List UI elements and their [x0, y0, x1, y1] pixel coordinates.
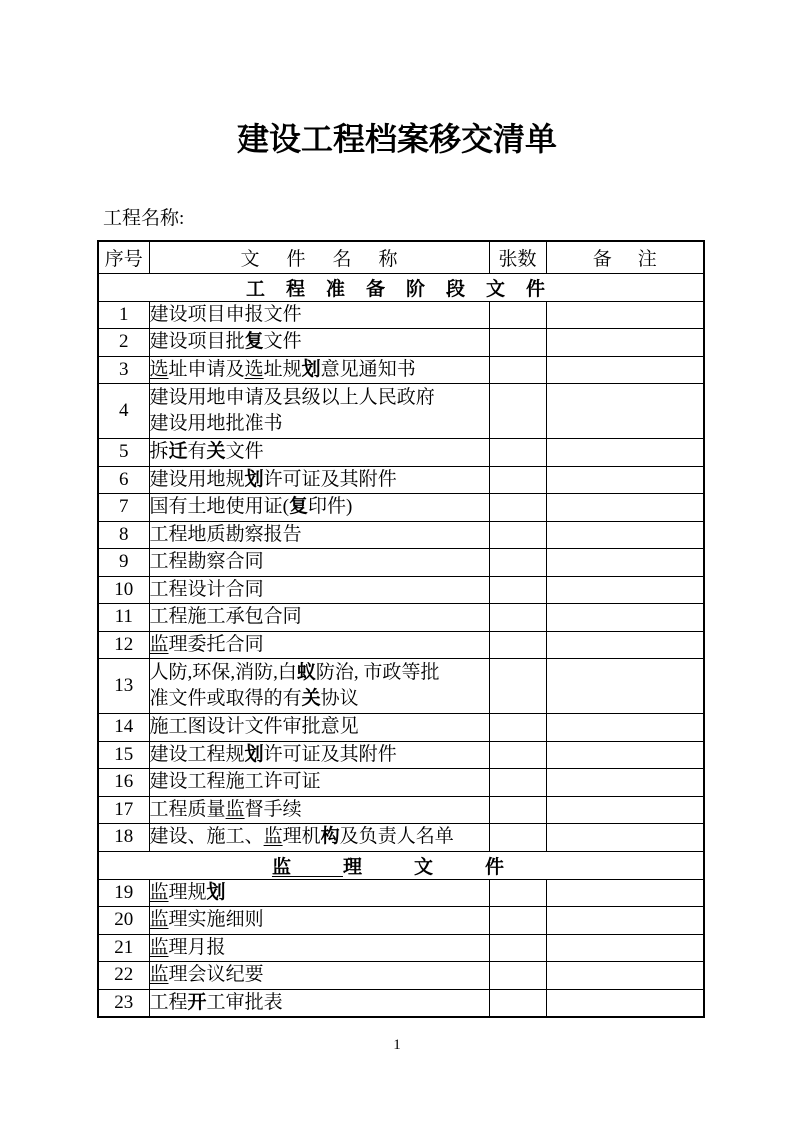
substituted-underline-char: 监 [272, 857, 343, 878]
file-name-cell: 拆迁有关文件 [149, 439, 489, 467]
substituted-underline-char: 监 [150, 909, 169, 930]
page-number: 1 [0, 1037, 794, 1054]
substituted-bold-char: 迁 [169, 441, 188, 462]
remark-cell [546, 741, 704, 769]
sheets-cell [489, 384, 546, 439]
row-number-cell: 10 [98, 576, 149, 604]
header-no: 序号 [98, 241, 149, 273]
header-sheets: 张数 [489, 241, 546, 273]
file-name-cell: 监理会议纪要 [149, 962, 489, 990]
remark-cell [546, 934, 704, 962]
table-row: 6建设用地规划许可证及其附件 [98, 466, 704, 494]
substituted-underline-char: 选 [150, 359, 169, 380]
sheets-cell [489, 604, 546, 632]
sheets-cell [489, 631, 546, 659]
row-number-cell: 5 [98, 439, 149, 467]
remark-cell [546, 329, 704, 357]
substituted-bold-char: 划 [302, 359, 321, 380]
file-name-cell: 建设用地规划许可证及其附件 [149, 466, 489, 494]
remark-cell [546, 989, 704, 1017]
substituted-underline-char: 监 [226, 799, 245, 820]
table-row: 20监理实施细则 [98, 907, 704, 935]
sheets-cell [489, 521, 546, 549]
row-number-cell: 13 [98, 659, 149, 714]
row-number-cell: 12 [98, 631, 149, 659]
row-number-cell: 7 [98, 494, 149, 522]
file-name-cell: 国有土地使用证(复印件) [149, 494, 489, 522]
file-name-cell: 施工图设计文件审批意见 [149, 714, 489, 742]
table-row: 8工程地质勘察报告 [98, 521, 704, 549]
file-name-cell: 建设项目申报文件 [149, 301, 489, 329]
substituted-underline-char: 监 [264, 826, 283, 847]
table-row: 22监理会议纪要 [98, 962, 704, 990]
file-name-cell: 工程勘察合同 [149, 549, 489, 577]
section-label: 监理文件 [98, 851, 704, 879]
file-name-cell: 工程开工审批表 [149, 989, 489, 1017]
remark-cell [546, 962, 704, 990]
substituted-underline-char: 监 [150, 964, 169, 985]
sheets-cell [489, 439, 546, 467]
remark-cell [546, 659, 704, 714]
remark-cell [546, 356, 704, 384]
row-number-cell: 2 [98, 329, 149, 357]
remark-cell [546, 879, 704, 907]
sheets-cell [489, 989, 546, 1017]
table-row: 7国有土地使用证(复印件) [98, 494, 704, 522]
table-row: 12监理委托合同 [98, 631, 704, 659]
sheets-cell [489, 466, 546, 494]
substituted-underline-char: 监 [150, 634, 169, 655]
header-remark: 备注 [546, 241, 704, 273]
sheets-cell [489, 576, 546, 604]
row-number-cell: 16 [98, 769, 149, 797]
remark-cell [546, 604, 704, 632]
sheets-cell [489, 301, 546, 329]
row-number-cell: 14 [98, 714, 149, 742]
substituted-bold-char: 划 [207, 882, 226, 903]
row-number-cell: 8 [98, 521, 149, 549]
file-name-cell: 监理实施细则 [149, 907, 489, 935]
table-body: 工程准备阶段文件1建设项目申报文件2建设项目批复文件3选址申请及选址规划意见通知… [98, 273, 704, 1017]
file-name-cell: 工程设计合同 [149, 576, 489, 604]
table-row: 19监理规划 [98, 879, 704, 907]
row-number-cell: 1 [98, 301, 149, 329]
remark-cell [546, 549, 704, 577]
sheets-cell [489, 796, 546, 824]
sheets-cell [489, 907, 546, 935]
document-title: 建设工程档案移交清单 [0, 114, 794, 160]
file-name-cell: 工程地质勘察报告 [149, 521, 489, 549]
table-row: 23工程开工审批表 [98, 989, 704, 1017]
file-name-cell: 建设用地申请及县级以上人民政府建设用地批准书 [149, 384, 489, 439]
sheets-cell [489, 962, 546, 990]
row-number-cell: 9 [98, 549, 149, 577]
substituted-underline-char: 监 [150, 937, 169, 958]
file-name-cell: 人防,环保,消防,白蚁防治, 市政等批准文件或取得的有关协议 [149, 659, 489, 714]
remark-cell [546, 907, 704, 935]
section-row: 工程准备阶段文件 [98, 273, 704, 301]
table-row: 9工程勘察合同 [98, 549, 704, 577]
table-row: 17工程质量监督手续 [98, 796, 704, 824]
substituted-bold-char: 构 [321, 826, 340, 847]
transfer-table: 序号 文件名称 张数 备注 工程准备阶段文件1建设项目申报文件2建设项目批复文件… [97, 240, 705, 1018]
remark-cell [546, 576, 704, 604]
sheets-cell [489, 356, 546, 384]
row-number-cell: 11 [98, 604, 149, 632]
remark-cell [546, 769, 704, 797]
file-name-cell: 建设、施工、监理机构及负责人名单 [149, 824, 489, 852]
remark-cell [546, 439, 704, 467]
remark-cell [546, 521, 704, 549]
project-name-label: 工程名称: [103, 203, 184, 230]
row-number-cell: 19 [98, 879, 149, 907]
remark-cell [546, 494, 704, 522]
table-row: 18建设、施工、监理机构及负责人名单 [98, 824, 704, 852]
substituted-bold-char: 关 [302, 688, 321, 709]
sheets-cell [489, 879, 546, 907]
table-row: 1建设项目申报文件 [98, 301, 704, 329]
table-row: 10工程设计合同 [98, 576, 704, 604]
remark-cell [546, 466, 704, 494]
table-row: 11工程施工承包合同 [98, 604, 704, 632]
row-number-cell: 15 [98, 741, 149, 769]
substituted-bold-char: 关 [207, 441, 226, 462]
substituted-bold-char: 蚁 [297, 662, 316, 683]
sheets-cell [489, 549, 546, 577]
row-number-cell: 20 [98, 907, 149, 935]
file-name-cell: 监理月报 [149, 934, 489, 962]
file-name-cell: 建设工程规划许可证及其附件 [149, 741, 489, 769]
table-row: 14施工图设计文件审批意见 [98, 714, 704, 742]
sheets-cell [489, 769, 546, 797]
remark-cell [546, 714, 704, 742]
section-label: 工程准备阶段文件 [98, 273, 704, 301]
remark-cell [546, 301, 704, 329]
file-name-cell: 监理委托合同 [149, 631, 489, 659]
row-number-cell: 4 [98, 384, 149, 439]
sheets-cell [489, 741, 546, 769]
remark-cell [546, 796, 704, 824]
remark-cell [546, 631, 704, 659]
row-number-cell: 23 [98, 989, 149, 1017]
remark-cell [546, 384, 704, 439]
row-number-cell: 22 [98, 962, 149, 990]
file-name-cell: 选址申请及选址规划意见通知书 [149, 356, 489, 384]
table-row: 15建设工程规划许可证及其附件 [98, 741, 704, 769]
document-page: 建设工程档案移交清单 工程名称: 序号 文件名称 张数 备注 工程准备阶段文件1… [0, 0, 794, 1123]
table-row: 2建设项目批复文件 [98, 329, 704, 357]
substituted-bold-char: 划 [245, 744, 264, 765]
row-number-cell: 6 [98, 466, 149, 494]
sheets-cell [489, 494, 546, 522]
file-name-cell: 监理规划 [149, 879, 489, 907]
row-number-cell: 17 [98, 796, 149, 824]
table-row: 5拆迁有关文件 [98, 439, 704, 467]
table-row: 4建设用地申请及县级以上人民政府建设用地批准书 [98, 384, 704, 439]
section-row: 监理文件 [98, 851, 704, 879]
table-row: 13人防,环保,消防,白蚁防治, 市政等批准文件或取得的有关协议 [98, 659, 704, 714]
sheets-cell [489, 714, 546, 742]
table-row: 16建设工程施工许可证 [98, 769, 704, 797]
file-name-cell: 工程施工承包合同 [149, 604, 489, 632]
sheets-cell [489, 824, 546, 852]
table-row: 21监理月报 [98, 934, 704, 962]
substituted-bold-char: 划 [245, 469, 264, 490]
sheets-cell [489, 329, 546, 357]
sheets-cell [489, 934, 546, 962]
file-name-cell: 建设工程施工许可证 [149, 769, 489, 797]
substituted-underline-char: 选 [245, 359, 264, 380]
file-name-cell: 建设项目批复文件 [149, 329, 489, 357]
row-number-cell: 3 [98, 356, 149, 384]
substituted-bold-char: 复 [289, 496, 308, 517]
substituted-bold-char: 开 [188, 992, 207, 1013]
table-header-row: 序号 文件名称 张数 备注 [98, 241, 704, 273]
substituted-underline-char: 监 [150, 882, 169, 903]
sheets-cell [489, 659, 546, 714]
remark-cell [546, 824, 704, 852]
row-number-cell: 18 [98, 824, 149, 852]
table-row: 3选址申请及选址规划意见通知书 [98, 356, 704, 384]
row-number-cell: 21 [98, 934, 149, 962]
header-name: 文件名称 [149, 241, 489, 273]
file-name-cell: 工程质量监督手续 [149, 796, 489, 824]
substituted-bold-char: 复 [245, 331, 264, 352]
